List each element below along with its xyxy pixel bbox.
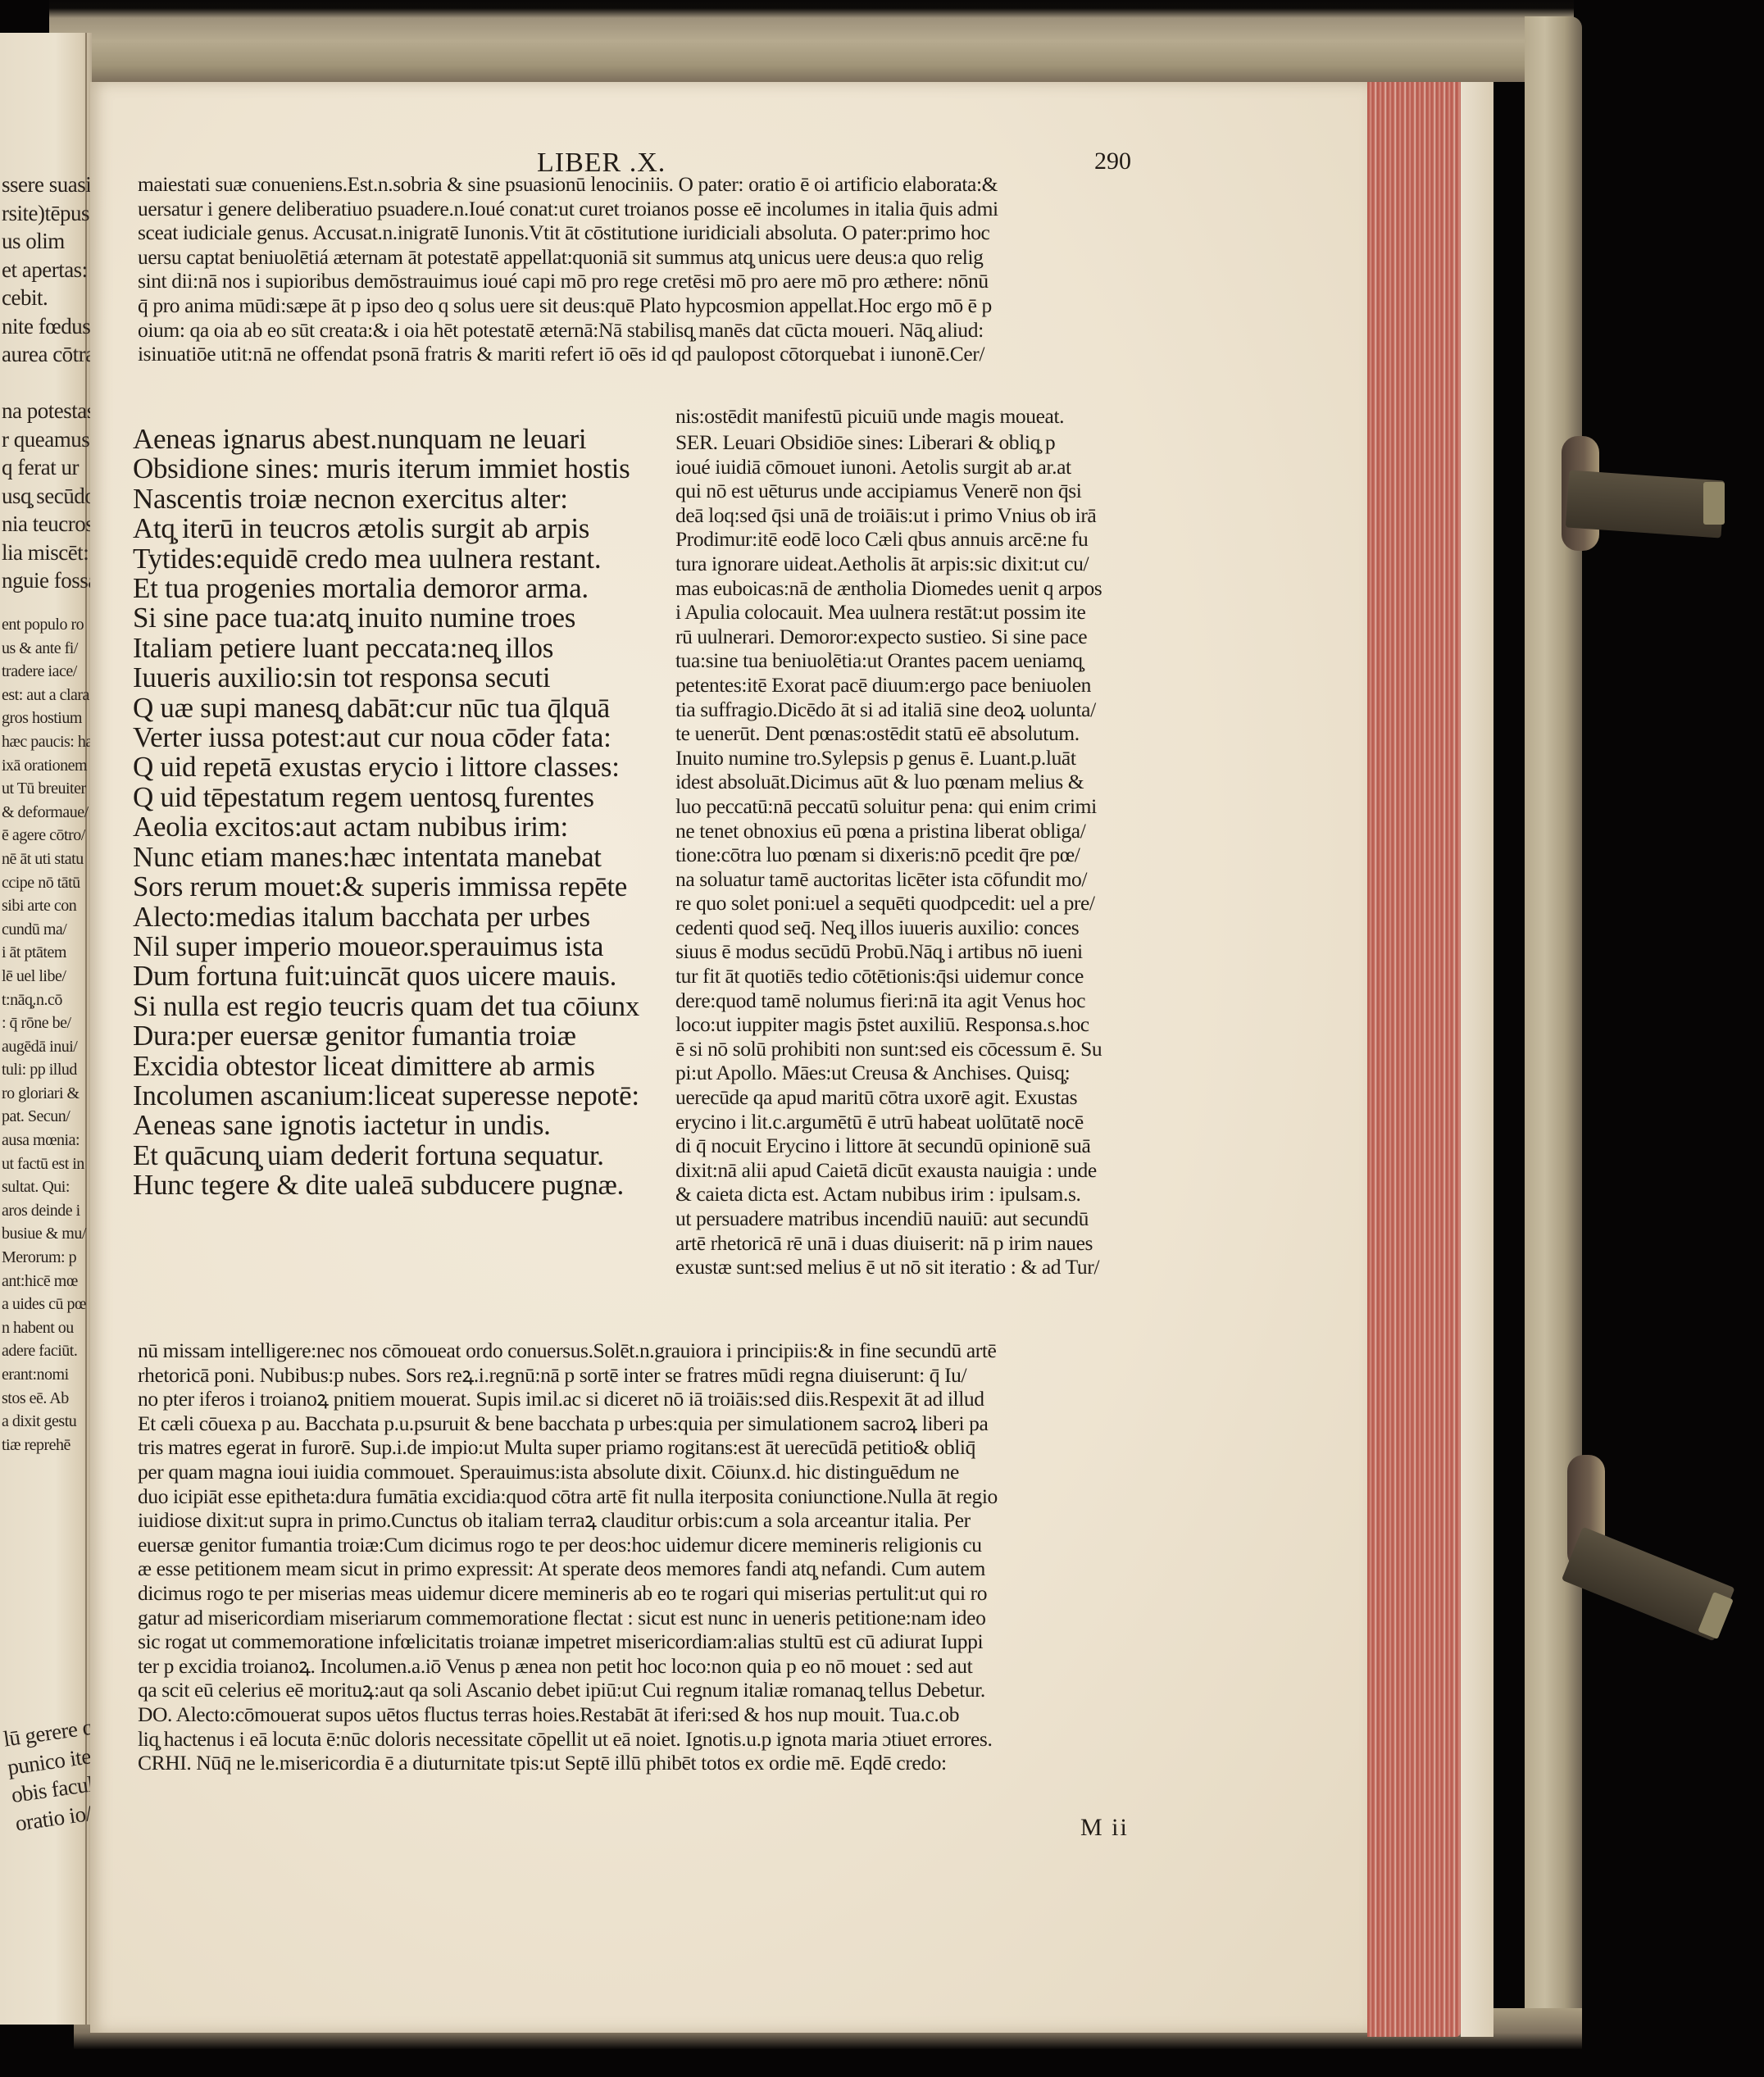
commentary-line: dere:quod tamē nolumus fieri:nā ita agit…	[675, 989, 1200, 1013]
commentary-line: duo icipiāt esse epitheta:dura fumātia e…	[138, 1484, 1203, 1509]
commentary-line: uersu captat beniuolētiá æternam āt pote…	[138, 245, 1203, 270]
commentary-line: rū uulnerari. Demoror:expecto sustieo. S…	[675, 625, 1200, 649]
commentary-line: Prodimur:itē eodē loco Cæli qbus annuis …	[675, 527, 1200, 552]
left-fragment-line: tradere iace/	[2, 660, 92, 684]
verse-line: Nunc etiam manes:hæc intentata manebat	[133, 843, 657, 872]
left-page-fragment: ssere suasit:rsite)tēpus:us olimet apert…	[0, 33, 92, 2025]
commentary-line: te uenerūt. Dent pœnas:ostēdit statū eē …	[675, 721, 1200, 746]
commentary-line: q̄ pro anima mūdi:sæpe āt p ipso deo q s…	[138, 293, 1203, 318]
binding-top-edge	[49, 0, 1574, 82]
left-fragment-line: ixā orationem	[2, 754, 92, 778]
commentary-line: qui nō est uēturus unde accipiamus Vener…	[675, 479, 1200, 503]
left-fragment-line: ausa mœnia:	[2, 1129, 92, 1152]
commentary-line: liq̧ hactenus i eā locuta ē:nūc doloris …	[138, 1727, 1203, 1752]
left-fragment-line: aros deinde i	[2, 1199, 92, 1223]
commentary-line: dixit:nā alii apud Caietā dicūt exausta …	[675, 1158, 1200, 1183]
commentary-line: tura ignorare uideat.Aetholis āt arpis:s…	[675, 552, 1200, 576]
commentary-line: CRHI. Nūq̄ ne le.misericordia ē a diutur…	[138, 1751, 1203, 1775]
left-fragment-line: n habent ou	[2, 1316, 92, 1340]
left-fragment-line: nguie fossæ.	[2, 566, 92, 595]
commentary-line: & caieta dicta est. Actam nubibus irim :…	[675, 1182, 1200, 1207]
left-fragment-line: ut Tū breuiter	[2, 777, 92, 801]
verse-line: Tytides:equidē credo mea uulnera restant…	[133, 544, 657, 574]
left-fragment-line: sultat. Qui:	[2, 1175, 92, 1199]
verse-line: Aeolia excitos:aut actam nubibus irim:	[133, 812, 657, 842]
verse-line: Obsidione sines: muris iterum immiet hos…	[133, 454, 657, 484]
verse-line: Si nulla est regio teucris quam det tua …	[133, 992, 657, 1021]
verse-line: Q uid tēpestatum regem uentosq̧ furentes	[133, 783, 657, 812]
left-fragment-line: na potestas	[2, 397, 92, 425]
commentary-line: ne tenet obnoxius eū pœna a pristina lib…	[675, 819, 1200, 843]
verse-line: Excidia obtestor liceat dimittere ab arm…	[133, 1052, 657, 1081]
left-fragment-line: augēdā inui/	[2, 1035, 92, 1059]
commentary-line: rhetoricā poni. Nubibus:p nubes. Sors re…	[138, 1363, 1203, 1388]
commentary-line: dicimus rogo te per miserias meas uidemu…	[138, 1581, 1203, 1606]
verse-line: Verter iussa potest:aut cur noua cōder f…	[133, 723, 657, 752]
signature-mark: M ii	[1080, 1814, 1129, 1842]
left-fragment-line: et apertas:	[2, 256, 92, 284]
commentary-line: no pter iferos i troianoꝝ pnitiem mouera…	[138, 1387, 1203, 1411]
commentary-line: uersatur i genere deliberatiuo psuadere.…	[138, 197, 1203, 221]
left-fragment-line: a uides cū pœ	[2, 1293, 92, 1316]
left-fragment-line: : q̄ rōne be/	[2, 1011, 92, 1035]
commentary-line: artē rhetoricā rē unā i duas diuiserit: …	[675, 1231, 1200, 1256]
left-fragment-line: aurea cōtra	[2, 340, 92, 369]
clasp-tip-upper	[1703, 482, 1725, 525]
commentary-line: re quo solet poni:uel a sequēti quodpced…	[675, 891, 1200, 916]
verse-line: Dura:per euersæ genitor fumantia troiæ	[133, 1021, 657, 1051]
left-fragment-line: rsite)tēpus:	[2, 199, 92, 228]
left-fragment-line: busiue & mu/	[2, 1222, 92, 1246]
commentary-line: sic rogat ut commemoratione infœlicitati…	[138, 1629, 1203, 1654]
commentary-line: sceat iudiciale genus. Accusat.n.inigrat…	[138, 220, 1203, 245]
verse-line: Nascentis troiæ necnon exercitus alter:	[133, 484, 657, 514]
left-fragment-line: q ferat ur	[2, 453, 92, 482]
verse-line: Hunc tegere & dite ualeā subducere pugnæ…	[133, 1170, 657, 1200]
verse-line: Dum fortuna fuit:uincāt quos uicere maui…	[133, 961, 657, 991]
commentary-line: na soluatur tamē auctoritas licēter ista…	[675, 867, 1200, 892]
left-fragment-line: nē āt uti statu	[2, 848, 92, 871]
commentary-line: petentes:itē Exorat pacē diuum:ergo pace…	[675, 673, 1200, 698]
left-fragment-line	[2, 369, 92, 398]
left-fragment-line: lē uel libe/	[2, 965, 92, 989]
commentary-line: isinuatiōe utit:nā ne offendat psonā fra…	[138, 342, 1203, 366]
verse-line: Iuueris auxilio:sin tot responsa secuti	[133, 663, 657, 693]
commentary-line: æ esse petitionem meam sicut in primo ex…	[138, 1557, 1203, 1581]
commentary-line: luo peccatū:nā peccatū soluitur pena: qu…	[675, 794, 1200, 819]
left-fragment-line: sibi arte con	[2, 894, 92, 918]
left-fragment-line: lia miscēt:	[2, 539, 92, 567]
verse-line: Sors rerum mouet:& superis immissa repēt…	[133, 872, 657, 902]
left-fragment-line: cundū ma/	[2, 918, 92, 942]
left-fragment-line: est: aut a clara	[2, 684, 92, 707]
left-fragment-line: nite fœdus,	[2, 312, 92, 341]
commentary-line: i Apulia colocauit. Mea uulnera restāt:u…	[675, 600, 1200, 625]
left-fragment-line: nia teucros	[2, 510, 92, 539]
verse-line: Nil super imperio moueor.sperauimus ista	[133, 932, 657, 961]
commentary-line: tur fit āt quotiēs tedio cōtētionis:q̄si…	[675, 964, 1200, 989]
left-fragment-line: us olim	[2, 227, 92, 256]
verse-line: Italiam petiere luant peccata:neq̧ illos	[133, 634, 657, 663]
left-fragment-line: tiæ reprehē	[2, 1434, 92, 1457]
open-book-photograph: ssere suasit:rsite)tēpus:us olimet apert…	[0, 0, 1764, 2077]
commentary-line: ē si nō solū prohibiti non sunt:sed eis …	[675, 1037, 1200, 1061]
left-fragment-line: gros hostium	[2, 707, 92, 730]
commentary-line: iuidiose dixit:ut supra in primo.Cunctus…	[138, 1508, 1203, 1533]
commentary-line: mas euboicas:nā de æntholia Diomedes uen…	[675, 576, 1200, 601]
left-fragment-line: ē agere cōtro/	[2, 824, 92, 848]
verse-line: Si sine pace tua:atq̧ inuito numine troe…	[133, 603, 657, 633]
verse-column: Aeneas ignarus abest.nunquam ne leuariOb…	[133, 425, 657, 1201]
commentary-line: SER. Leuari Obsidiōe sines: Liberari & o…	[675, 430, 1200, 455]
commentary-column-intro: nis:ostēdit manifestū picuiū unde magis …	[675, 404, 1200, 429]
verse-line: Q uid repetā exustas erycio i littore cl…	[133, 752, 657, 782]
commentary-line: maiestati suæ conueniens.Est.n.sobria & …	[138, 172, 1203, 197]
verse-line: Aeneas sane ignotis iactetur in undis.	[133, 1111, 657, 1140]
verse-line: Alecto:medias italum bacchata per urbes	[133, 902, 657, 932]
commentary-line: nū missam intelligere:nec nos cōmoueat o…	[138, 1338, 1203, 1363]
clasp-strap-upper	[1566, 470, 1725, 538]
commentary-line: siuus ē modus secūdū Probū.Nāq̧ i artibu…	[675, 939, 1200, 964]
commentary-line: Inuito numine tro.Sylepsis p genus ē. Lu…	[675, 746, 1200, 770]
left-fragment-line: ccipe nō tātū	[2, 871, 92, 895]
left-fragment-line: ro gloriari &	[2, 1082, 92, 1106]
commentary-line: euersæ genitor fumantia troiæ:Cum dicimu…	[138, 1533, 1203, 1557]
verse-line: Aeneas ignarus abest.nunquam ne leuari	[133, 425, 657, 454]
commentary-line: di q̄ nocuit Erycino i littore āt secund…	[675, 1134, 1200, 1158]
commentary-line: pi:ut Apollo. Māes:ut Creusa & Anchises.…	[675, 1061, 1200, 1085]
commentary-bottom-block: nū missam intelligere:nec nos cōmoueat o…	[138, 1338, 1203, 1775]
binding-fore-edge-cover	[1525, 16, 1582, 2049]
left-page-verse-fragments: ssere suasit:rsite)tēpus:us olimet apert…	[2, 170, 92, 595]
commentary-line: idest absoluāt.Dicimus aūt & luo pœnam m…	[675, 770, 1200, 794]
commentary-line: ioué iuidiā cōmouet iunoni. Aetolis surg…	[675, 455, 1200, 479]
verse-line: Incolumen ascanium:liceat superesse nepo…	[133, 1081, 657, 1111]
left-fragment-line: ent populo ro	[2, 613, 92, 637]
left-fragment-line: us & ante fi/	[2, 637, 92, 661]
left-fragment-line: i āt ptātem	[2, 941, 92, 965]
left-page-commentary-fragments: ent populo rous & ante fi/tradere iace/e…	[2, 613, 92, 1457]
commentary-line: tua:sine tua beniuolētia:ut Orantes pace…	[675, 648, 1200, 673]
commentary-line: oium: qa oia ab eo sūt creata:& i oia hē…	[138, 318, 1203, 343]
commentary-line: DO. Alecto:cōmouerat supos uētos fluctus…	[138, 1702, 1203, 1727]
left-fragment-line: cebit.	[2, 284, 92, 312]
left-fragment-line: Merorum: p	[2, 1246, 92, 1270]
commentary-line: sint dii:nā nos i supioribus demōstrauim…	[138, 269, 1203, 293]
left-fragment-line: t:nāq̧.n.cō	[2, 989, 92, 1012]
left-page-bottom-fragments: lū gerere qdpunico ite/obis facul/oratio…	[2, 1713, 92, 1838]
commentary-line: ut persuadere matribus incendiū nauiū: a…	[675, 1207, 1200, 1231]
commentary-line: loco:ut iuppiter magis p̄stet auxiliū. R…	[675, 1012, 1200, 1037]
left-fragment-line: & deformaue/	[2, 801, 92, 825]
left-fragment-line: usq̧ secūdo	[2, 482, 92, 511]
left-fragment-line: stos eē. Ab	[2, 1387, 92, 1411]
left-fragment-line: hæc paucis: ha	[2, 730, 92, 754]
folio-number: 290	[1094, 148, 1131, 175]
left-fragment-line: r queamus)	[2, 425, 92, 454]
commentary-line: Et cæli cōuexa p au. Bacchata p.u.psurui…	[138, 1411, 1203, 1436]
verse-line: Et quācunq̧ uiam dederit fortuna sequatu…	[133, 1141, 657, 1170]
left-fragment-line: ant:hicē mœ	[2, 1270, 92, 1293]
commentary-line: erycino i lit.c.argumētū ē utrū habeat u…	[675, 1110, 1200, 1134]
commentary-top-block: maiestati suæ conueniens.Est.n.sobria & …	[138, 172, 1203, 366]
verse-line: Atq̧ iterū in teucros ætolis surgit ab a…	[133, 514, 657, 543]
left-fragment-line: ut factū est in	[2, 1152, 92, 1176]
commentary-column: SER. Leuari Obsidiōe sines: Liberari & o…	[675, 430, 1200, 1279]
left-fragment-line: erant:nomi	[2, 1363, 92, 1387]
commentary-line: qa scit eū celerius eē morituꝝ:aut qa so…	[138, 1678, 1203, 1702]
left-fragment-line: a dixit gestu	[2, 1410, 92, 1434]
verse-line: Et tua progenies mortalia demoror arma.	[133, 574, 657, 603]
commentary-line: tione:cōtra luo pœnam si dixeris:nō pced…	[675, 843, 1200, 867]
left-fragment-line: pat. Secun/	[2, 1105, 92, 1129]
commentary-line: per quam magna ioui iuidia commouet. Spe…	[138, 1460, 1203, 1484]
commentary-line: uerecūde qa apud maritū cōtra uxorē agit…	[675, 1085, 1200, 1110]
left-fragment-line: tuli: pp illud	[2, 1058, 92, 1082]
red-stained-page-edges	[1367, 82, 1461, 2037]
commentary-line: tris matres egerat in furorē. Sup.i.de i…	[138, 1435, 1203, 1460]
commentary-line: exustæ sunt:sed melius ē ut nō sit itera…	[675, 1255, 1200, 1279]
commentary-line: deā loq:sed q̄si unā de troiāis:ut i pri…	[675, 503, 1200, 528]
left-fragment-line: adere faciūt.	[2, 1339, 92, 1363]
verse-line: Q uæ supi manesq̧ dabāt:cur nūc tua q̄lq…	[133, 693, 657, 723]
commentary-line: tia suffragio.Dicēdo āt si ad italiā sin…	[675, 698, 1200, 722]
commentary-line: gatur ad misericordiam miseriarum commem…	[138, 1606, 1203, 1630]
commentary-line: ter p excidia troianoꝝ. Incolumen.a.iō V…	[138, 1654, 1203, 1679]
left-fragment-line: ssere suasit:	[2, 170, 92, 199]
commentary-line: cedenti quod seq̄. Neq̧ illos iuueris au…	[675, 916, 1200, 940]
